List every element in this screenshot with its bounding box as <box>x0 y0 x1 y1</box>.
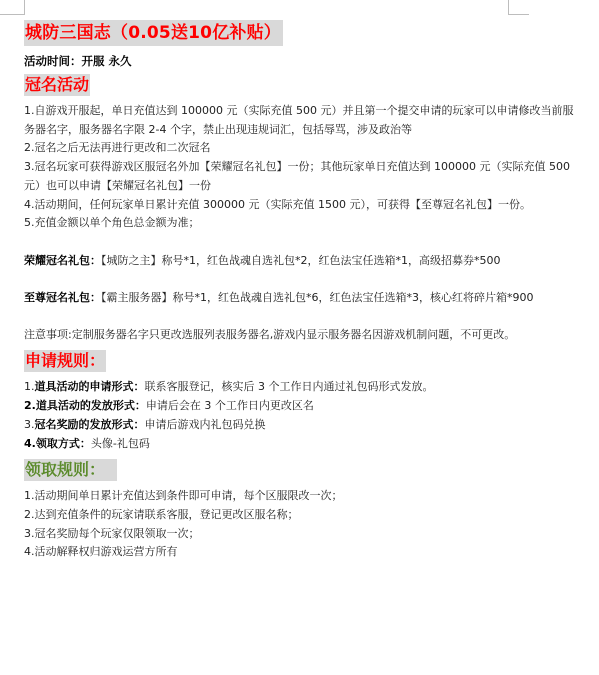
claim-rule-item: 3.冠名奖励每个玩家仅限领取一次； <box>24 525 584 544</box>
naming-rule-item: 4.活动期间，任何玩家单日累计充值 300000 元（实际充值 1500 元），… <box>24 196 584 215</box>
glory-pack-description: 荣耀冠名礼包：【城防之主】称号*1，红色战魂自选礼包*2，红色法宝任选箱*1，高… <box>24 252 584 271</box>
apply-rules-list: 1.道具活动的申请形式：联系客服登记，核实后 3 个工作日内通过礼包码形式发放。… <box>24 377 584 453</box>
document-page: 城防三国志（0.05送10亿补贴） 活动时间：开服 永久 冠名活动 1.自游戏开… <box>24 20 584 562</box>
section-heading-apply-rules: 申请规则： <box>24 350 106 372</box>
apply-rule-text: 申请后游戏内礼包码兑换 <box>145 418 266 431</box>
supreme-pack-description: 至尊冠名礼包：【霸主服务器】称号*1，红色战魂自选礼包*6，红色法宝任选箱*3，… <box>24 289 584 308</box>
apply-rule-label: 道具活动的发放形式： <box>36 399 146 412</box>
apply-rule-number: 1. <box>24 380 35 393</box>
apply-rule-label: 领取方式： <box>36 437 91 450</box>
activity-time: 活动时间：开服 永久 <box>24 52 584 70</box>
activity-time-value: 开服 永久 <box>82 54 132 68</box>
section-heading-claim-rules: 领取规则： <box>24 459 117 481</box>
apply-rule-number: 3. <box>24 418 35 431</box>
claim-rule-item: 2.达到充值条件的玩家请联系客服，登记更改区服名称； <box>24 506 584 525</box>
naming-rule-item: 2.冠名之后无法再进行更改和二次冠名 <box>24 139 584 158</box>
apply-rule-text: 头像-礼包码 <box>91 437 150 450</box>
naming-rule-item: 5.充值金额以单个角色总金额为准； <box>24 214 584 233</box>
claim-rule-item: 1.活动期间单日累计充值达到条件即可申请，每个区服限改一次； <box>24 487 584 506</box>
apply-rule-label: 道具活动的申请形式： <box>35 380 145 393</box>
apply-rule-text: 联系客服登记，核实后 3 个工作日内通过礼包码形式发放。 <box>145 380 434 393</box>
apply-rule-item: 4.领取方式：头像-礼包码 <box>24 434 584 453</box>
glory-pack-label: 荣耀冠名礼包： <box>24 254 101 267</box>
page-corner-mark-left <box>0 0 25 15</box>
naming-rules-list: 1.自游戏开服起，单日充值达到 100000 元（实际充值 500 元）并且第一… <box>24 102 584 233</box>
naming-rule-item: 1.自游戏开服起，单日充值达到 100000 元（实际充值 500 元）并且第一… <box>24 102 584 139</box>
apply-rule-item: 2.道具活动的发放形式：申请后会在 3 个工作日内更改区名 <box>24 396 584 415</box>
claim-rules-list: 1.活动期间单日累计充值达到条件即可申请，每个区服限改一次； 2.达到充值条件的… <box>24 487 584 562</box>
claim-rule-item: 4.活动解释权归游戏运营方所有 <box>24 543 584 562</box>
apply-rule-item: 3.冠名奖励的发放形式：申请后游戏内礼包码兑换 <box>24 415 584 434</box>
document-title: 城防三国志（0.05送10亿补贴） <box>24 20 283 46</box>
supreme-pack-label: 至尊冠名礼包： <box>24 291 101 304</box>
activity-time-label: 活动时间： <box>24 54 82 68</box>
supreme-pack-content: 【霸主服务器】称号*1，红色战魂自选礼包*6，红色法宝任选箱*3，核心红将碎片箱… <box>101 291 534 304</box>
page-corner-mark-right <box>508 0 529 15</box>
apply-rule-number: 2. <box>24 399 36 412</box>
apply-rule-text: 申请后会在 3 个工作日内更改区名 <box>146 399 314 412</box>
apply-rule-number: 4. <box>24 437 36 450</box>
glory-pack-content: 【城防之主】称号*1，红色战魂自选礼包*2，红色法宝任选箱*1，高级招募券*50… <box>101 254 501 267</box>
notice-text: 注意事项:定制服务器名字只更改选服列表服务器名,游戏内显示服务器名因游戏机制问题… <box>24 326 584 345</box>
apply-rule-label: 冠名奖励的发放形式： <box>35 418 145 431</box>
naming-rule-item: 3.冠名玩家可获得游戏区服冠名外加【荣耀冠名礼包】一份；其他玩家单日充值达到 1… <box>24 158 584 195</box>
section-heading-naming: 冠名活动 <box>24 74 90 96</box>
apply-rule-item: 1.道具活动的申请形式：联系客服登记，核实后 3 个工作日内通过礼包码形式发放。 <box>24 377 584 396</box>
